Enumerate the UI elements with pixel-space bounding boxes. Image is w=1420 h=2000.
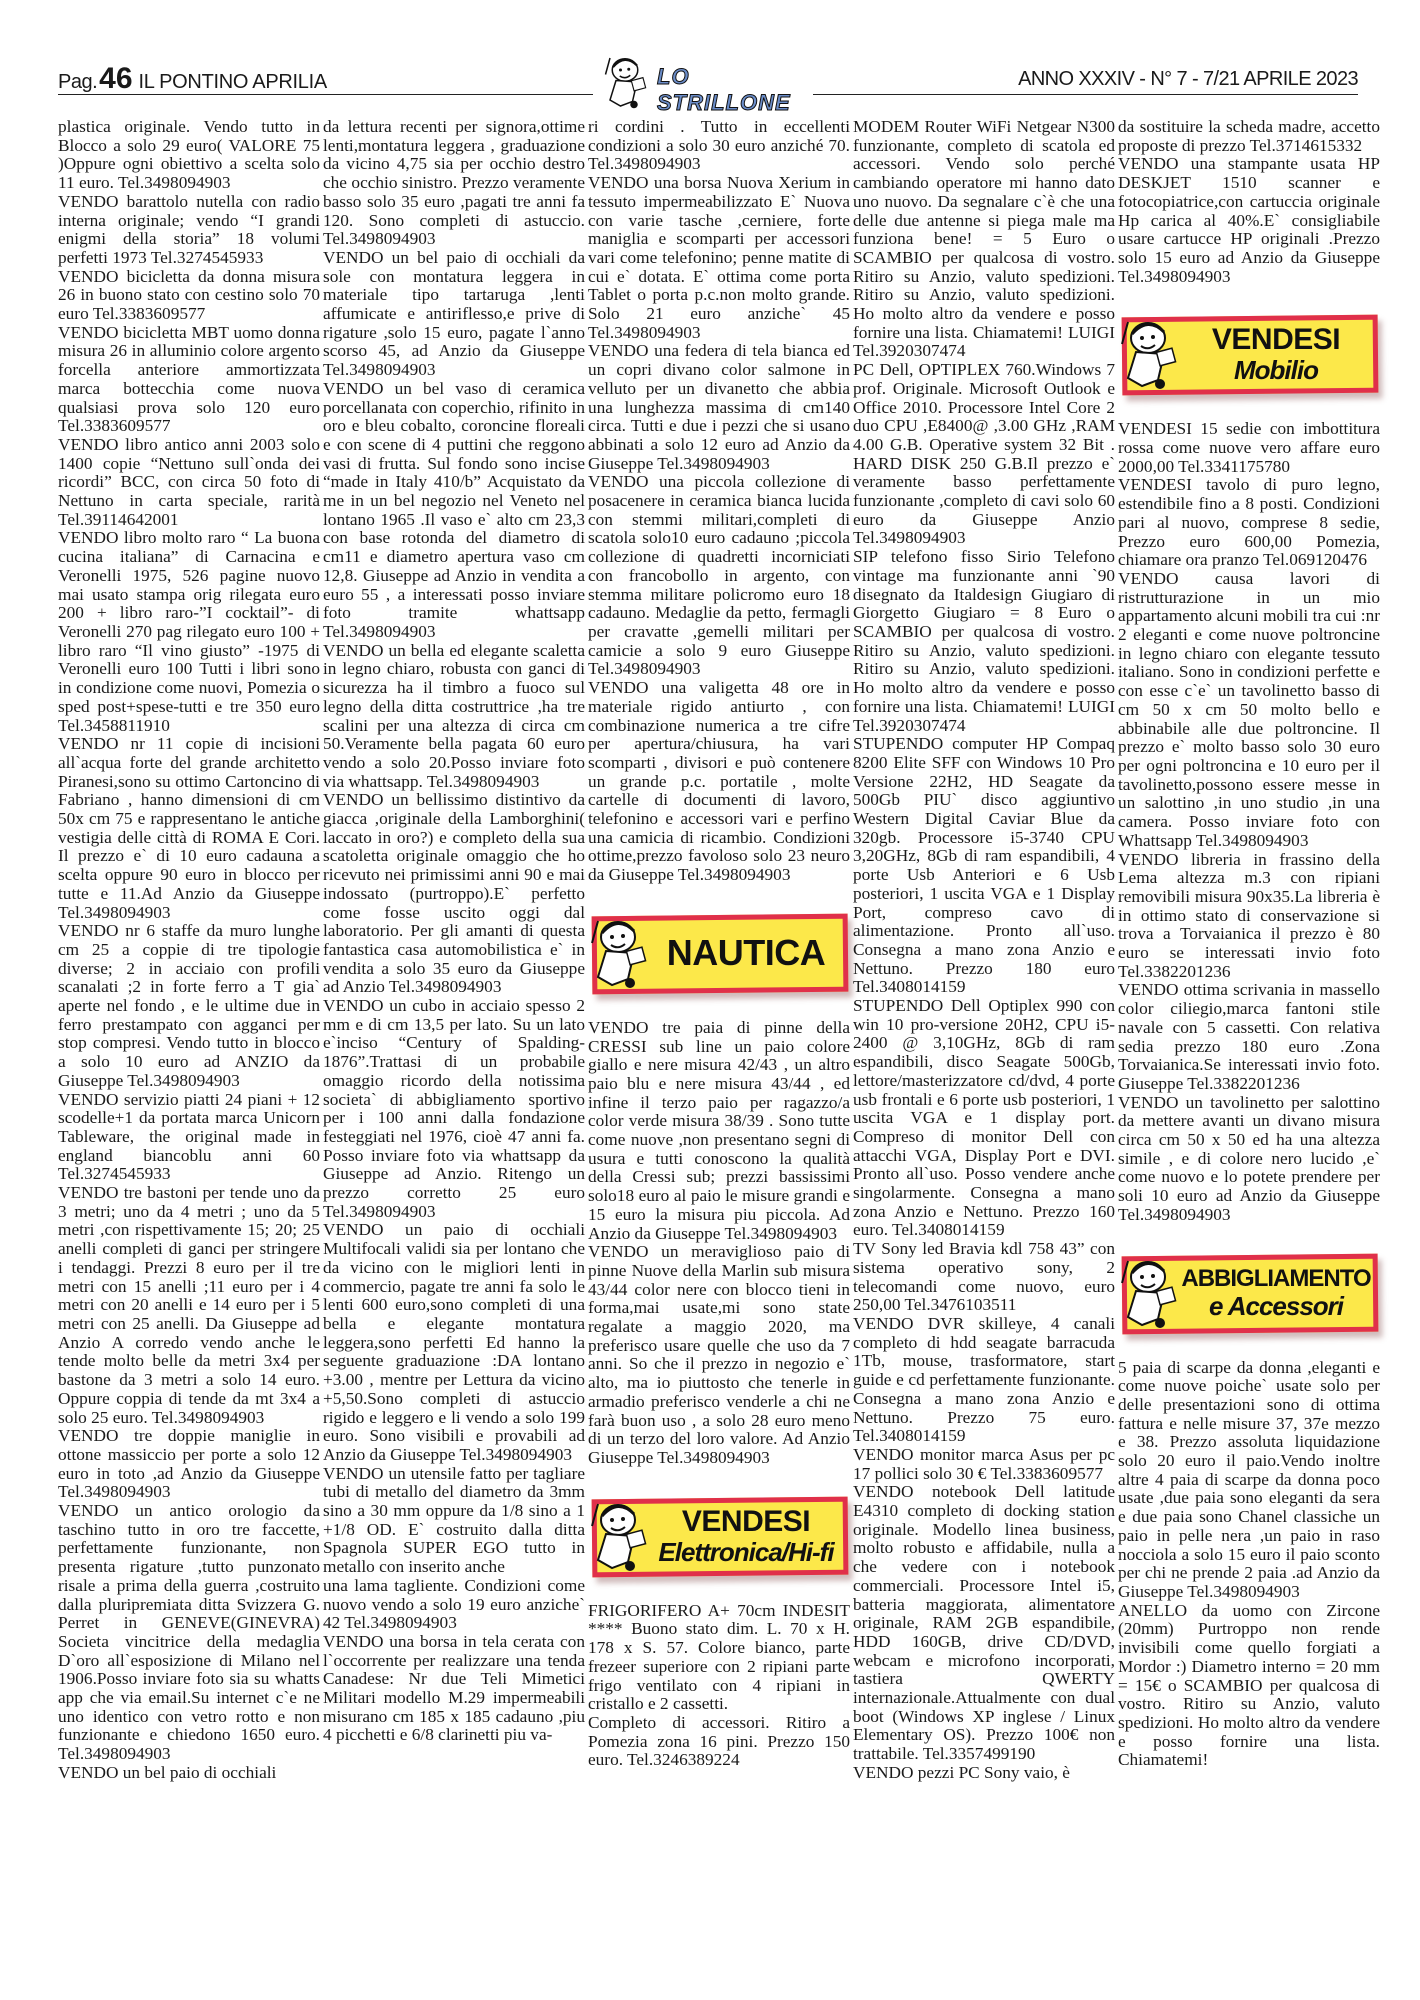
section-banner-elettronica: VENDESI Elettronica/Hi-fi bbox=[588, 1492, 850, 1580]
classified-ad: VENDO un bel vaso di ceramica porcellana… bbox=[323, 380, 585, 642]
classified-ad: VENDO una stampante usata HP DESKJET 151… bbox=[1118, 155, 1380, 286]
classified-ad: VENDO bicicletta da donna misura 26 in b… bbox=[58, 268, 320, 324]
classified-ad: VENDO servizio piatti 24 piani + 12 scod… bbox=[58, 1091, 320, 1185]
classified-ad: STUPENDO computer HP Compaq 8200 Elite S… bbox=[853, 735, 1115, 997]
classified-ad: Completo di accessori. Ritiro a Pomezia … bbox=[588, 1714, 850, 1770]
classified-ad: STUPENDO Dell Optiplex 990 con win 10 pr… bbox=[853, 997, 1115, 1240]
banner-subtitle: e Accessori bbox=[1209, 1293, 1343, 1319]
classified-ad: VENDO un bellissimo distintivo da giacca… bbox=[323, 791, 585, 997]
classified-ad: VENDO una borsa in tela cerata con l`occ… bbox=[323, 1633, 585, 1745]
newsboy-mascot-icon bbox=[1118, 1253, 1178, 1333]
column-1: plastica originale. Vendo tutto in Blocc… bbox=[58, 118, 320, 1783]
page-label: Pag. bbox=[58, 71, 97, 93]
banner-title: ABBIGLIAMENTO bbox=[1181, 1267, 1370, 1291]
classified-ad: VENDO una piccola collezione di posacene… bbox=[588, 473, 850, 679]
classified-ad: VENDO un bel paio di occhiali bbox=[58, 1764, 320, 1783]
logo-text: LO STRILLONE bbox=[657, 64, 813, 116]
classified-ad: VENDO un tavolinetto per salottino da me… bbox=[1118, 1094, 1380, 1225]
classified-ad: VENDO notebook Dell latitude E4310 compl… bbox=[853, 1483, 1115, 1764]
banner-text: ABBIGLIAMENTO e Accessori bbox=[1178, 1249, 1374, 1337]
classified-ad: VENDO bicicletta MBT uomo donna misura 2… bbox=[58, 324, 320, 436]
classified-ad: VENDO un paio di occhiali Multifocali va… bbox=[323, 1221, 585, 1464]
classified-ad: VENDO tre paia di pinne della CRESSI sub… bbox=[588, 1019, 850, 1243]
classified-ad: VENDO un meraviglioso paio di pinne Nuov… bbox=[588, 1243, 850, 1467]
classified-ad: VENDO una federa di tela bianca ed un co… bbox=[588, 342, 850, 473]
section-banner-nautica: NAUTICA bbox=[588, 909, 850, 997]
page-number: 46 bbox=[99, 62, 132, 95]
newsboy-mascot-icon bbox=[588, 913, 648, 993]
classified-ad: 5 paia di scarpe da donna ,eleganti e co… bbox=[1118, 1359, 1380, 1602]
classified-ad: PC Dell, OPTIPLEX 760.Windows 7 prof. Or… bbox=[853, 361, 1115, 548]
banner-title: VENDESI bbox=[1212, 325, 1340, 355]
classified-ad: VENDO tre doppie maniglie in ottone mass… bbox=[58, 1427, 320, 1502]
classified-ad: MODEM Router WiFi Netgear N300 funzionan… bbox=[853, 118, 1115, 361]
classified-ad: VENDO causa lavori di ristrutturazione i… bbox=[1118, 570, 1380, 851]
banner-title: NAUTICA bbox=[667, 935, 825, 971]
section-banner-abbigliamento: ABBIGLIAMENTO e Accessori bbox=[1118, 1249, 1380, 1337]
banner-subtitle: Mobilio bbox=[1234, 357, 1318, 383]
classified-ad: VENDO tre bastoni per tende uno da 3 met… bbox=[58, 1184, 320, 1427]
classified-ad: VENDO pezzi PC Sony vaio, è bbox=[853, 1764, 1115, 1783]
newsboy-mascot-icon bbox=[588, 1496, 648, 1576]
classified-ad: VENDO libro molto raro “ La buona cucina… bbox=[58, 529, 320, 735]
classified-ad: FRIGORIFERO A+ 70cm INDESIT **** Buono s… bbox=[588, 1602, 850, 1714]
classified-ad: VENDO un bella ed elegante scaletta in l… bbox=[323, 642, 585, 792]
classified-ad: VENDESI 15 sedie con imbottitura rossa c… bbox=[1118, 420, 1380, 476]
classified-ad: VENDO DVR skilleye, 4 canali completo di… bbox=[853, 1315, 1115, 1446]
banner-subtitle: Elettronica/Hi-fi bbox=[658, 1539, 833, 1565]
banner-title: VENDESI bbox=[682, 1507, 810, 1537]
newsboy-mascot-icon bbox=[1118, 314, 1178, 394]
classified-ad: ANELLO da uomo con Zircone (20mm) Purtro… bbox=[1118, 1602, 1380, 1770]
classified-ad: VENDO monitor marca Asus per pc 17 polli… bbox=[853, 1446, 1115, 1483]
classified-ad: VENDO nr 6 staffe da muro lunghe cm 25 a… bbox=[58, 922, 320, 1090]
classifieds-columns: plastica originale. Vendo tutto in Blocc… bbox=[58, 118, 1378, 1988]
column-4: MODEM Router WiFi Netgear N300 funzionan… bbox=[853, 118, 1115, 1783]
publication-name: IL PONTINO APRILIA bbox=[139, 71, 327, 93]
classified-ad: VENDO un utensile fatto per tagliare tub… bbox=[323, 1465, 585, 1577]
classified-ad: VENDO una valigetta 48 ore in materiale … bbox=[588, 679, 850, 885]
classified-ad: VENDO barattolo nutella con radio intern… bbox=[58, 193, 320, 268]
classified-ad: VENDO ottima scrivania in massello color… bbox=[1118, 981, 1380, 1093]
classified-ad: ri cordini . Tutto in eccellenti condizi… bbox=[588, 118, 850, 174]
classified-ad: VENDESI tavolo di puro legno, estendibil… bbox=[1118, 476, 1380, 570]
classified-ad: da lettura recenti per signora,ottime le… bbox=[323, 118, 585, 249]
classified-ad: VENDO libreria in frassino della Lema al… bbox=[1118, 851, 1380, 982]
classified-ad: plastica originale. Vendo tutto in Blocc… bbox=[58, 118, 320, 193]
classified-ad: VENDO un cubo in acciaio spesso 2 mm e d… bbox=[323, 997, 585, 1221]
newsboy-mascot-icon bbox=[593, 52, 657, 112]
classified-ad: da sostituire la scheda madre, accetto p… bbox=[1118, 118, 1380, 155]
classified-ad: SIP telefono fisso Sirio Telefono vintag… bbox=[853, 548, 1115, 735]
classified-ad: una lama tagliente. Condizioni come nuov… bbox=[323, 1577, 585, 1633]
column-5: da sostituire la scheda madre, accetto p… bbox=[1118, 118, 1380, 1770]
classified-ad: VENDO libro antico anni 2003 solo 1400 c… bbox=[58, 436, 320, 530]
classified-ad: VENDO una borsa Nuova Xerium in tessuto … bbox=[588, 174, 850, 342]
page-header: Pag.46IL PONTINO APRILIA LO STRILLONE AN… bbox=[58, 62, 1358, 102]
section-banner-mobilio: VENDESI Mobilio bbox=[1118, 310, 1380, 398]
banner-text: NAUTICA bbox=[648, 909, 844, 997]
classified-ad: TV Sony led Bravia kdl 758 43” con siste… bbox=[853, 1240, 1115, 1315]
lo-strillone-logo: LO STRILLONE bbox=[593, 52, 813, 112]
column-2: da lettura recenti per signora,ottime le… bbox=[323, 118, 585, 1745]
issue-info: ANNO XXXIV - N° 7 - 7/21 APRILE 2023 bbox=[1018, 68, 1358, 91]
classified-ad: VENDO un bel paio di occhiali da sole co… bbox=[323, 249, 585, 380]
column-3: ri cordini . Tutto in eccellenti condizi… bbox=[588, 118, 850, 1770]
classified-ad: VENDO nr 11 copie di incisioni all`acqua… bbox=[58, 735, 320, 922]
banner-text: VENDESI Mobilio bbox=[1178, 310, 1374, 398]
classified-ad: VENDO un antico orologio da taschino tut… bbox=[58, 1502, 320, 1764]
banner-text: VENDESI Elettronica/Hi-fi bbox=[648, 1492, 844, 1580]
page-info: Pag.46IL PONTINO APRILIA bbox=[58, 62, 327, 96]
